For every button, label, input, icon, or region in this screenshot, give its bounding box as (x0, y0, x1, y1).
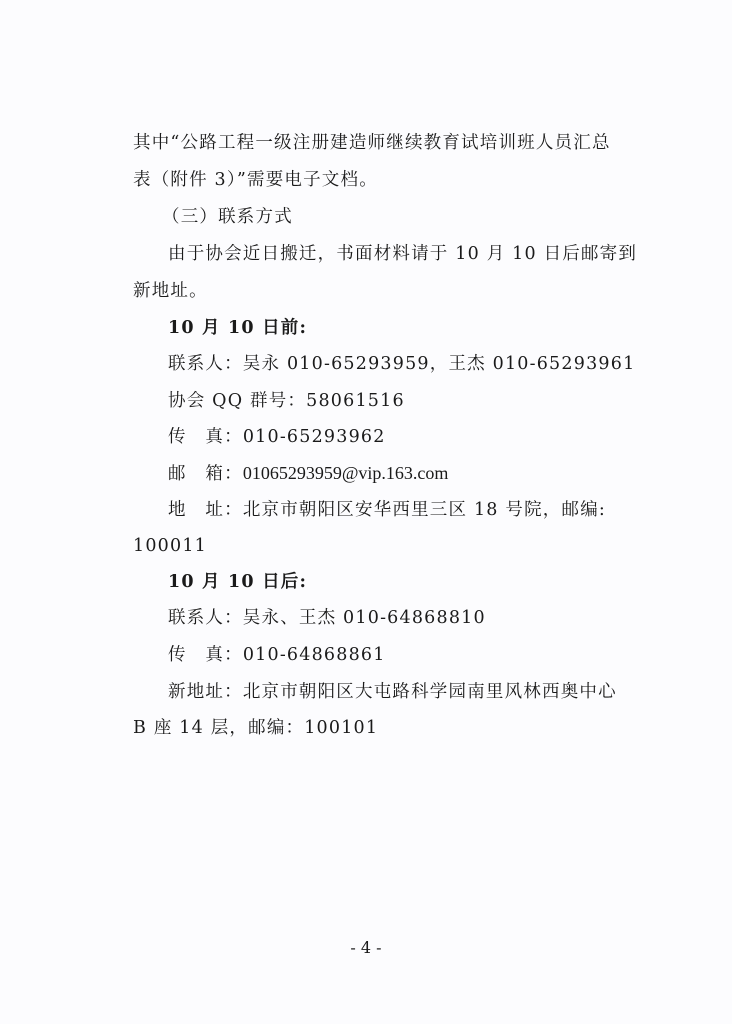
page-number: - 4 - (0, 938, 732, 957)
text-line: 其中“公路工程一级注册建造师继续教育试培训班人员汇总 (133, 131, 611, 155)
before-fax: 传 真：010-65293962 (168, 425, 386, 449)
section-heading: （三）联系方式 (162, 205, 293, 229)
fax-label: 传 真： (168, 645, 243, 665)
fax-value: 010-64868861 (243, 645, 386, 665)
text-line: 由于协会近日搬迁，书面材料请于 10 月 10 日后邮寄到 (168, 242, 637, 266)
after-fax: 传 真：010-64868861 (168, 643, 386, 667)
fax-value: 010-65293962 (243, 427, 386, 447)
before-heading: 10 月 10 日前: (168, 316, 307, 340)
before-address: 地 址：北京市朝阳区安华西里三区 18 号院，邮编: (168, 498, 606, 522)
qq-group: 协会 QQ 群号：58061516 (168, 389, 405, 413)
before-postcode: 100011 (133, 534, 207, 558)
before-email: 邮 箱：01065293959@vip.163.com (168, 461, 448, 486)
email-value: 01065293959@vip.163.com (243, 463, 449, 483)
address-label: 新地址： (168, 682, 243, 702)
document-page: 其中“公路工程一级注册建造师继续教育试培训班人员汇总 表（附件 3）”需要电子文… (0, 0, 732, 1024)
email-label: 邮 箱： (168, 464, 243, 484)
fax-label: 传 真： (168, 427, 243, 447)
after-address-line2: B 座 14 层，邮编：100101 (133, 716, 378, 740)
address-label: 地 址： (168, 500, 243, 520)
before-contact: 联系人：吴永 010-65293959，王杰 010-65293961 (168, 352, 635, 376)
after-contact: 联系人：吴永、王杰 010-64868810 (168, 606, 486, 630)
after-address: 新地址：北京市朝阳区大屯路科学园南里风林西奥中心 (168, 680, 617, 704)
address-value: 北京市朝阳区安华西里三区 18 号院，邮编: (243, 500, 606, 520)
text-line: 表（附件 3）”需要电子文档。 (133, 168, 378, 192)
text-line: 新地址。 (133, 279, 208, 303)
after-heading: 10 月 10 日后: (168, 570, 307, 594)
address-value: 北京市朝阳区大屯路科学园南里风林西奥中心 (243, 682, 617, 702)
